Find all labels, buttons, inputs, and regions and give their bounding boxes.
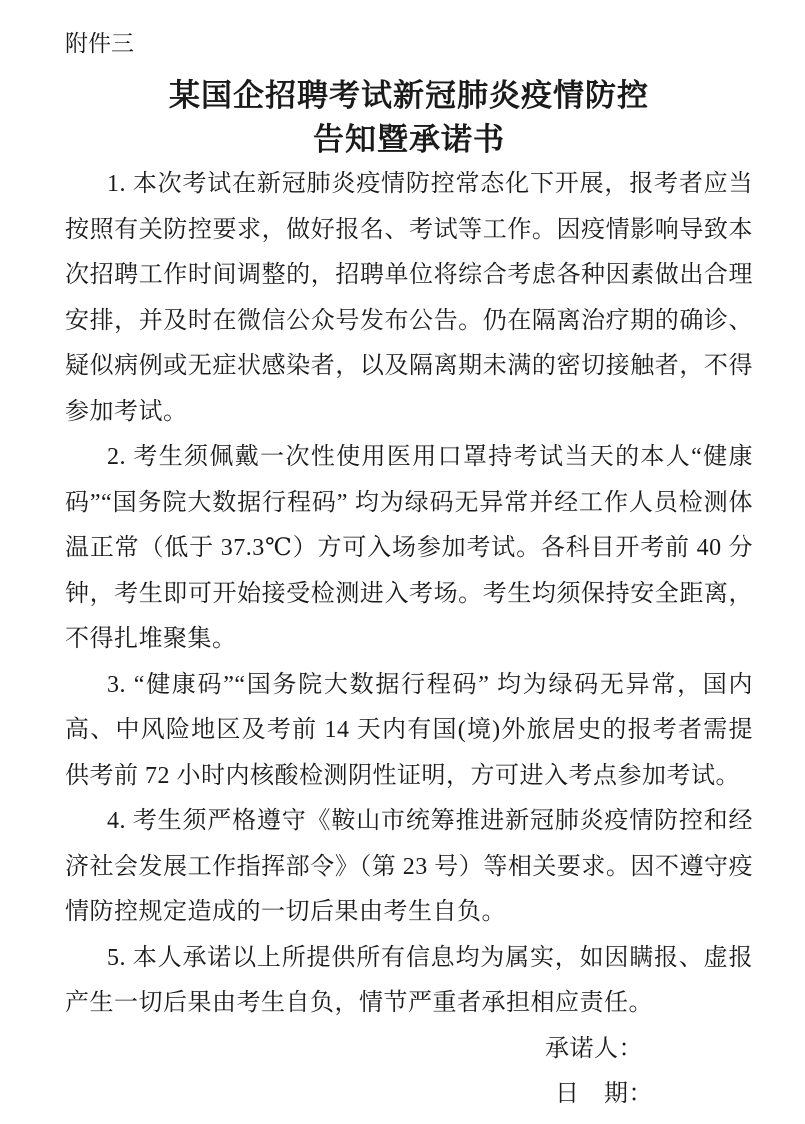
title-line-1: 某国企招聘考试新冠肺炎疫情防控 [65, 74, 753, 118]
paragraph-4: 4. 考生须严格遵守《鞍山市统筹推进新冠肺炎疫情防控和经济社会发展工作指挥部令》… [65, 799, 753, 936]
attachment-label: 附件三 [65, 30, 753, 58]
paragraph-2: 2. 考生须佩戴一次性使用医用口罩持考试当天的本人“健康码”“国务院大数据行程码… [65, 435, 753, 663]
paragraph-5: 5. 本人承诺以上所提供所有信息均为属实，如因瞒报、虚报产生一切后果由考生自负，… [65, 936, 753, 1027]
paragraph-3: 3. “健康码”“国务院大数据行程码” 均为绿码无异常，国内高、中风险地区及考前… [65, 663, 753, 800]
promiser-label: 承诺人： [545, 1027, 753, 1073]
document-title: 某国企招聘考试新冠肺炎疫情防控 告知暨承诺书 [65, 74, 753, 162]
paragraph-1: 1. 本次考试在新冠肺炎疫情防控常态化下开展，报考者应当按照有关防控要求，做好报… [65, 162, 753, 435]
document-page: 附件三 某国企招聘考试新冠肺炎疫情防控 告知暨承诺书 1. 本次考试在新冠肺炎疫… [0, 0, 805, 1124]
signature-block: 承诺人： 日 期： [65, 1027, 753, 1118]
title-line-2: 告知暨承诺书 [65, 118, 753, 162]
date-label: 日 期： [545, 1072, 753, 1118]
